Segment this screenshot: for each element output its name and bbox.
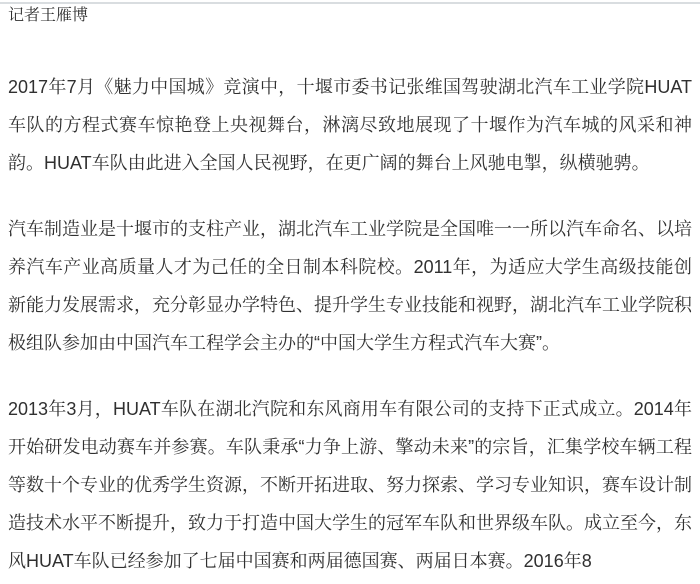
article-paragraph-2: 汽车制造业是十堰市的支柱产业，湖北汽车工业学院是全国唯一一所以汽车命名、以培养汽… <box>8 210 692 362</box>
article-byline: 记者王雁博 <box>8 4 692 28</box>
article-body: 记者王雁博 2017年7月《魅力中国城》竞演中，十堰市委书记张维国驾驶湖北汽车工… <box>0 4 700 580</box>
article-paragraph-1: 2017年7月《魅力中国城》竞演中，十堰市委书记张维国驾驶湖北汽车工业学院HUA… <box>8 68 692 182</box>
article-paragraph-3: 2013年3月，HUAT车队在湖北汽院和东风商用车有限公司的支持下正式成立。20… <box>8 390 692 580</box>
